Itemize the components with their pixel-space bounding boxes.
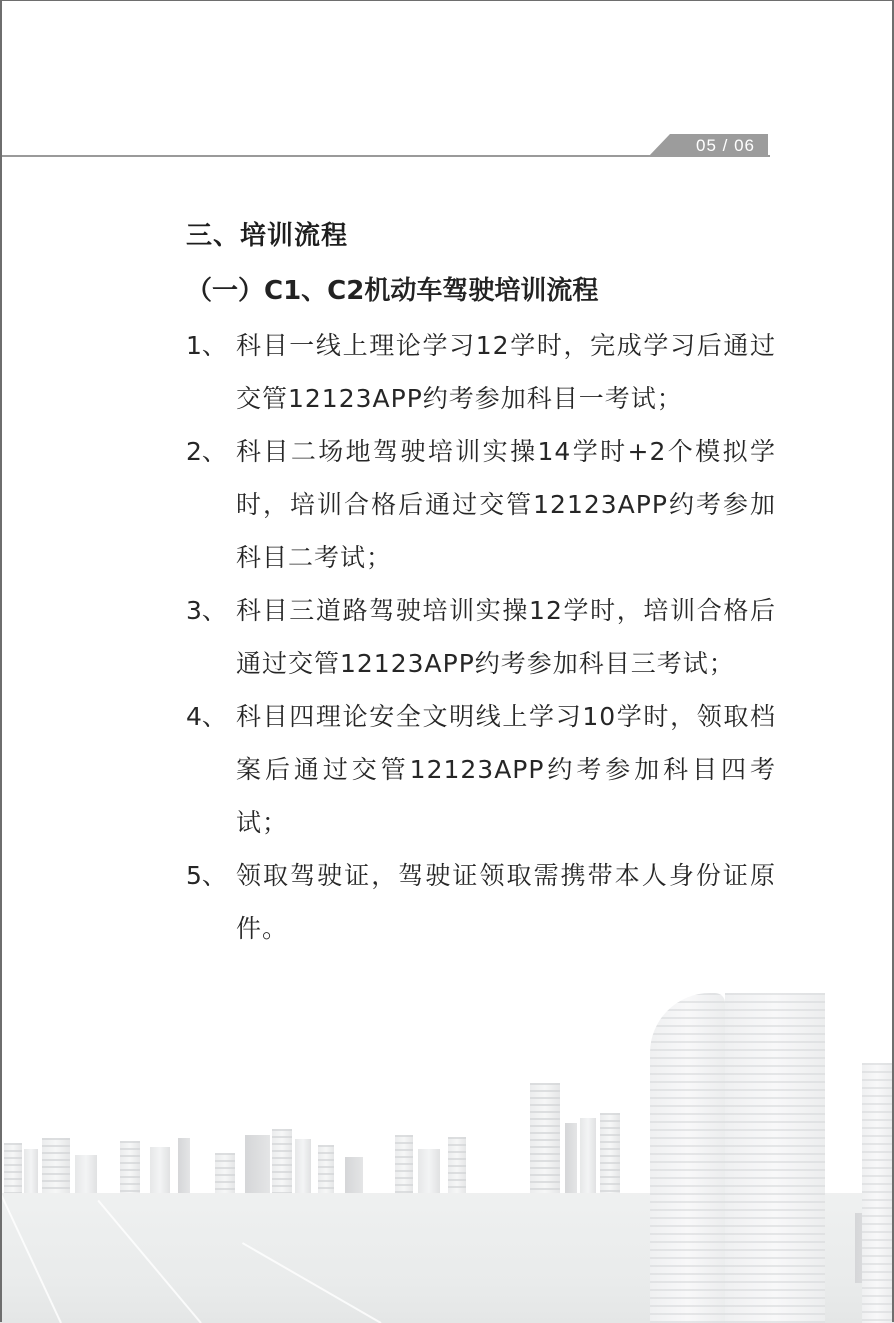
step-number: 1、 xyxy=(186,319,236,425)
section-title: 三、培训流程 xyxy=(186,214,776,258)
training-steps-list: 1、 科目一线上理论学习12学时，完成学习后通过交管12123APP约考参加科目… xyxy=(186,319,776,955)
tower-shape xyxy=(650,993,725,1323)
building-shape xyxy=(295,1139,311,1193)
step-text: 科目四理论安全文明线上学习10学时，领取档案后通过交管12123APP约考参加科… xyxy=(236,690,776,849)
building-shape xyxy=(272,1129,292,1193)
step-text: 科目一线上理论学习12学时，完成学习后通过交管12123APP约考参加科目一考试… xyxy=(236,319,776,425)
section-subtitle: （一）C1、C2机动车驾驶培训流程 xyxy=(186,265,776,317)
building-shape xyxy=(565,1123,577,1193)
building-shape xyxy=(75,1155,97,1193)
step-text: 科目二场地驾驶培训实操14学时+2个模拟学时，培训合格后通过交管12123APP… xyxy=(236,425,776,584)
list-item: 2、 科目二场地驾驶培训实操14学时+2个模拟学时，培训合格后通过交管12123… xyxy=(186,425,776,584)
page-indicator: 05 / 06 xyxy=(696,136,755,156)
building-shape xyxy=(120,1141,140,1193)
city-skyline-background xyxy=(0,993,894,1323)
building-shape xyxy=(395,1135,413,1193)
building-shape xyxy=(580,1118,596,1193)
document-body: 三、培训流程 （一）C1、C2机动车驾驶培训流程 1、 科目一线上理论学习12学… xyxy=(186,214,776,955)
page-number-badge: 05 / 06 xyxy=(648,134,768,157)
tower-shape xyxy=(725,993,825,1323)
building-shape xyxy=(150,1147,170,1193)
building-shape xyxy=(215,1153,235,1193)
tower-shape xyxy=(862,1063,892,1323)
building-shape xyxy=(600,1113,620,1193)
step-number: 2、 xyxy=(186,425,236,584)
step-number: 3、 xyxy=(186,584,236,690)
step-number: 5、 xyxy=(186,849,236,955)
list-item: 3、 科目三道路驾驶培训实操12学时，培训合格后通过交管12123APP约考参加… xyxy=(186,584,776,690)
building-shape xyxy=(530,1083,560,1193)
step-text: 科目三道路驾驶培训实操12学时，培训合格后通过交管12123APP约考参加科目三… xyxy=(236,584,776,690)
list-item: 4、 科目四理论安全文明线上学习10学时，领取档案后通过交管12123APP约考… xyxy=(186,690,776,849)
building-shape xyxy=(418,1149,440,1193)
step-number: 4、 xyxy=(186,690,236,849)
building-shape xyxy=(448,1137,466,1193)
building-shape xyxy=(245,1135,270,1193)
building-shape xyxy=(42,1138,70,1193)
building-shape xyxy=(345,1157,363,1193)
building-shape xyxy=(4,1143,22,1193)
building-shape xyxy=(24,1149,38,1193)
building-shape xyxy=(178,1138,190,1193)
step-text: 领取驾驶证，驾驶证领取需携带本人身份证原件。 xyxy=(236,849,776,955)
building-shape xyxy=(318,1145,334,1193)
list-item: 1、 科目一线上理论学习12学时，完成学习后通过交管12123APP约考参加科目… xyxy=(186,319,776,425)
list-item: 5、 领取驾驶证，驾驶证领取需携带本人身份证原件。 xyxy=(186,849,776,955)
